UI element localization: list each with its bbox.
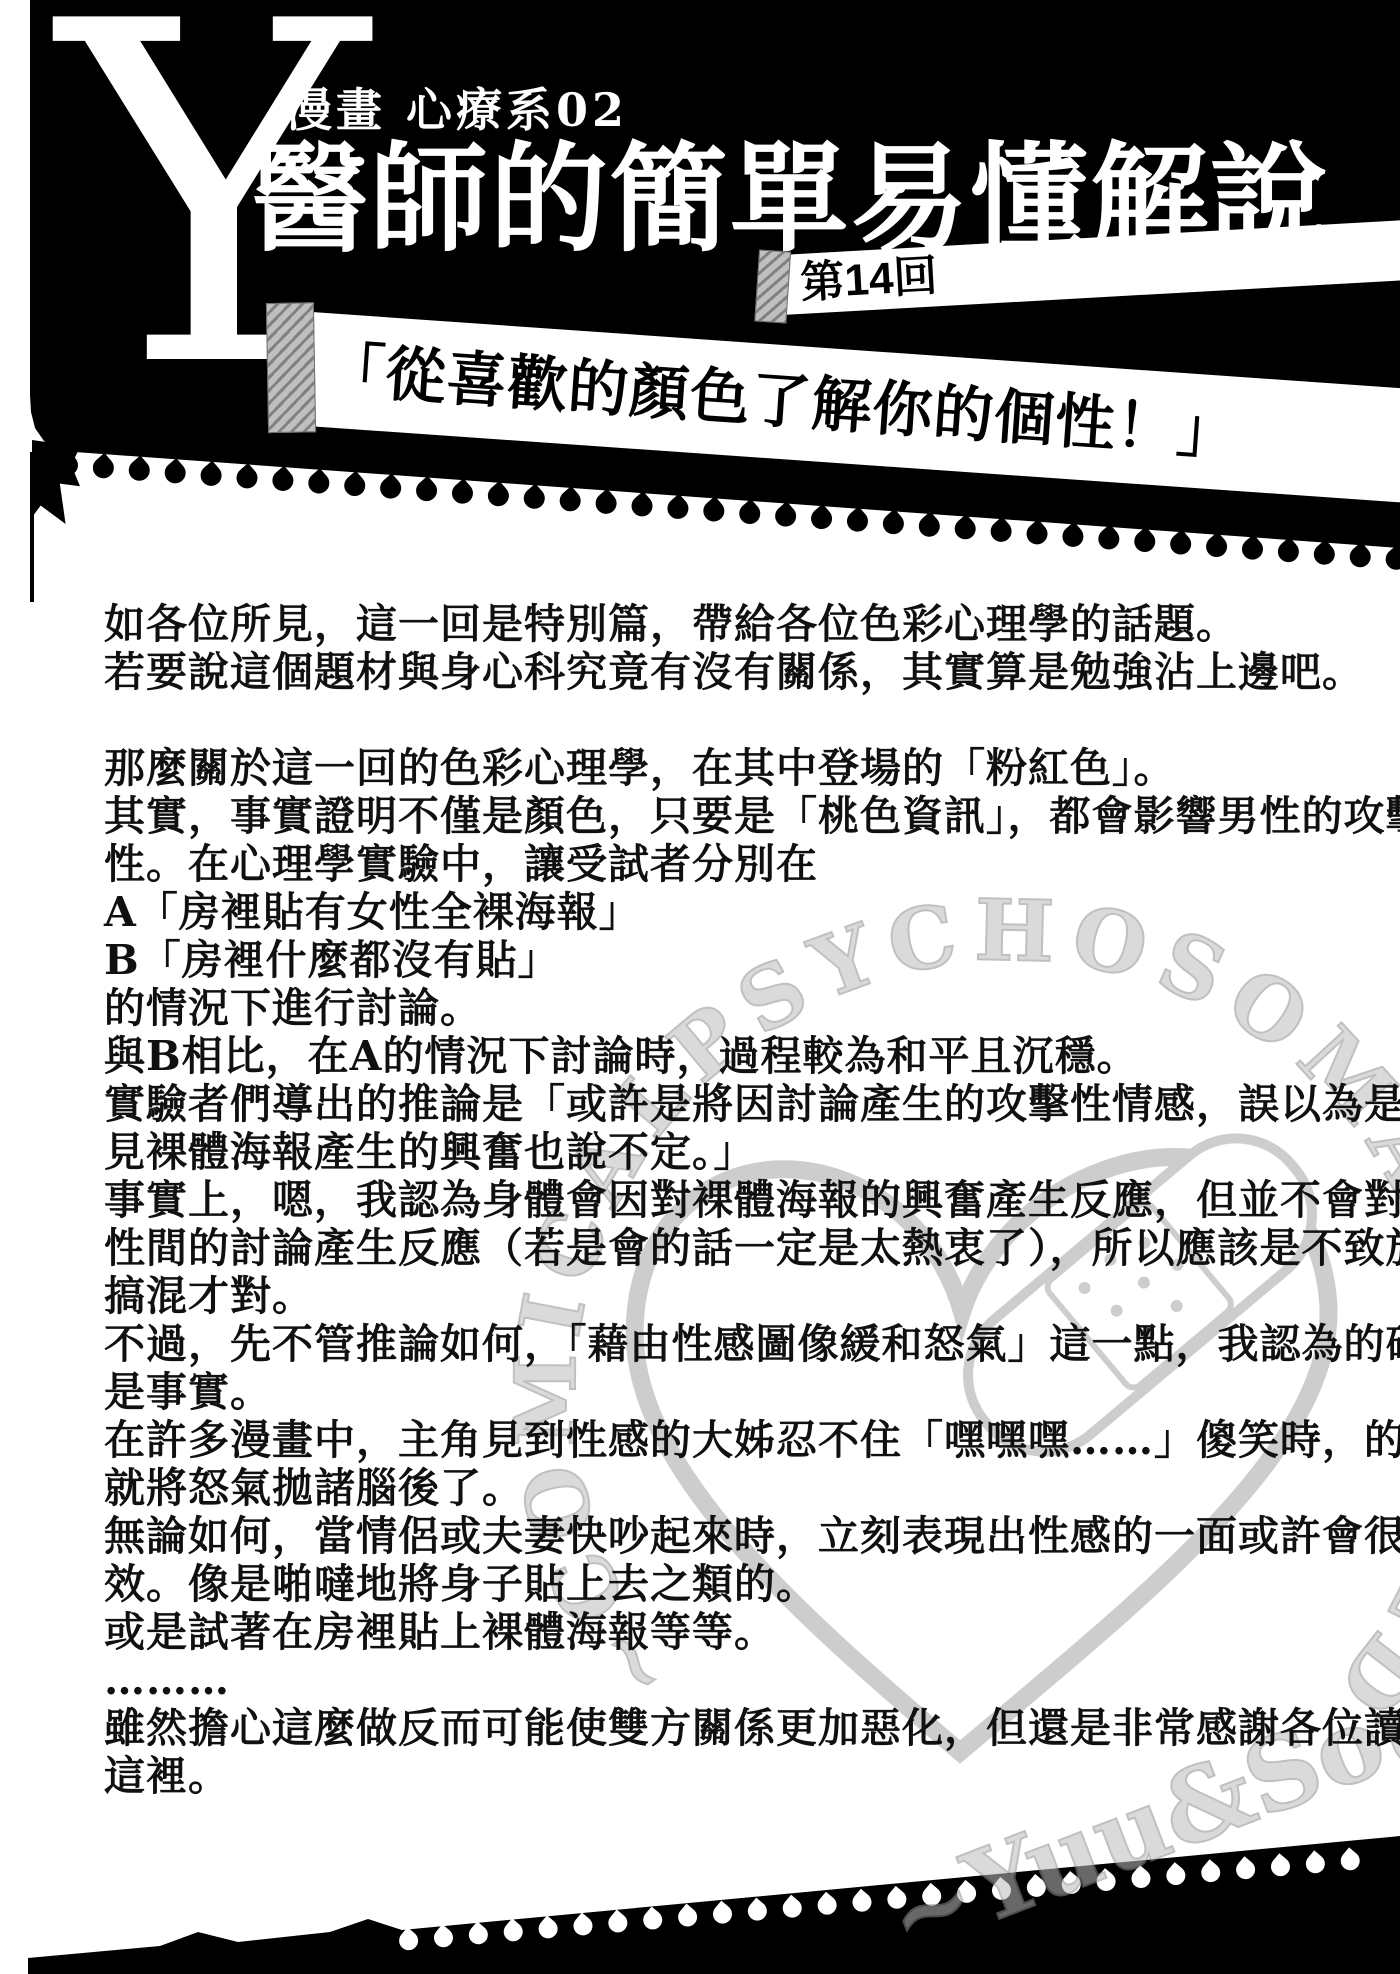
drip-icon bbox=[1166, 529, 1196, 559]
drip-icon bbox=[604, 1910, 631, 1937]
body-line: 性間的討論產生反應（若是會的話一定是太熱衷了），所以應該是不致於 bbox=[104, 1224, 1364, 1272]
body-line: 與B相比，在A的情況下討論時，過程較為和平且沉穩。 bbox=[104, 1032, 1364, 1080]
drip-icon bbox=[709, 1901, 736, 1928]
drip-icon bbox=[340, 471, 370, 501]
body-line: B「房裡什麼都沒有貼」 bbox=[104, 936, 1364, 984]
drip-icon bbox=[1232, 1856, 1259, 1883]
drip-icon bbox=[376, 473, 406, 503]
body-text: 如各位所見，這一回是特別篇，帶給各位色彩心理學的話題。若要說這個題材與身心科究竟… bbox=[104, 600, 1364, 1800]
drip-icon bbox=[484, 481, 514, 511]
body-line: 實驗者們導出的推論是「或許是將因討論產生的攻擊性情感，誤以為是看 bbox=[104, 1080, 1364, 1128]
body-line: 其實，事實證明不僅是顏色，只要是「桃色資訊」，都會影響男性的攻擊 bbox=[104, 792, 1364, 840]
drip-icon bbox=[591, 489, 621, 519]
body-line: 性。在心理學實驗中，讓受試者分別在 bbox=[104, 840, 1364, 888]
drip-icon bbox=[914, 511, 944, 541]
body-line: 雖然擔心這麼做反而可能使雙方關係更加惡化，但還是非常感謝各位讀到 bbox=[104, 1704, 1364, 1752]
tape-icon bbox=[266, 302, 316, 433]
drip-icon bbox=[519, 483, 549, 513]
body-line: 是事實。 bbox=[104, 1368, 1364, 1416]
drip-icon bbox=[843, 506, 873, 536]
drip-icon bbox=[639, 1907, 666, 1934]
body-line: 如各位所見，這一回是特別篇，帶給各位色彩心理學的話題。 bbox=[104, 600, 1364, 648]
drip-icon bbox=[1238, 534, 1268, 564]
drip-icon bbox=[1337, 1847, 1364, 1874]
drip-icon bbox=[430, 1924, 457, 1951]
drip-icon bbox=[735, 499, 765, 529]
drip-icon bbox=[304, 468, 334, 498]
drip-icon bbox=[1202, 532, 1232, 562]
drip-icon bbox=[814, 1892, 841, 1919]
drip-icon bbox=[412, 476, 442, 506]
body-line: 就將怒氣拋諸腦後了。 bbox=[104, 1464, 1364, 1512]
body-line: A「房裡貼有女性全裸海報」 bbox=[104, 888, 1364, 936]
body-line: 不過，先不管推論如何，「藉由性感圖像緩和怒氣」這一點，我認為的確 bbox=[104, 1320, 1364, 1368]
drip-icon bbox=[627, 491, 657, 521]
drip-icon bbox=[1130, 527, 1160, 557]
drip-icon bbox=[1022, 519, 1052, 549]
body-line: 無論如何，當情侶或夫妻快吵起來時，立刻表現出性感的一面或許會很有 bbox=[104, 1512, 1364, 1560]
drip-icon bbox=[744, 1898, 771, 1925]
drip-icon bbox=[1345, 542, 1375, 572]
drip-icon bbox=[1162, 1862, 1189, 1889]
drip-icon bbox=[879, 509, 909, 539]
drip-icon bbox=[988, 1877, 1015, 1904]
drip-icon bbox=[663, 494, 693, 524]
body-line bbox=[104, 696, 1364, 744]
drip-icon bbox=[1309, 539, 1339, 569]
drip-icon bbox=[465, 1921, 492, 1948]
drip-icon bbox=[268, 466, 298, 496]
drip-icon bbox=[779, 1895, 806, 1922]
drip-icon bbox=[1267, 1853, 1294, 1880]
drip-icon bbox=[448, 478, 478, 508]
drip-icon bbox=[1058, 1871, 1085, 1898]
body-line: 若要說這個題材與身心科究竟有沒有關係，其實算是勉強沾上邊吧。 bbox=[104, 648, 1364, 696]
tape-icon bbox=[754, 250, 791, 324]
drip-icon bbox=[1302, 1850, 1329, 1877]
drip-icon bbox=[1381, 544, 1400, 574]
body-line: 或是試著在房裡貼上裸體海報等等。 bbox=[104, 1608, 1364, 1656]
body-line: 的情況下進行討論。 bbox=[104, 984, 1364, 1032]
body-line: 搞混才對。 bbox=[104, 1272, 1364, 1320]
edge-line-decoration bbox=[30, 452, 34, 602]
body-line: ……… bbox=[104, 1656, 1364, 1704]
drip-icon bbox=[500, 1918, 527, 1945]
drip-icon bbox=[1058, 522, 1088, 552]
drip-icon bbox=[1093, 1868, 1120, 1895]
drip-icon bbox=[1197, 1859, 1224, 1886]
body-line: 那麼關於這一回的色彩心理學，在其中登場的「粉紅色」。 bbox=[104, 744, 1364, 792]
drip-icon bbox=[849, 1889, 876, 1916]
drip-icon bbox=[570, 1912, 597, 1939]
drip-icon bbox=[883, 1886, 910, 1913]
drip-icon bbox=[918, 1883, 945, 1910]
drip-icon bbox=[1128, 1865, 1155, 1892]
drip-icon bbox=[950, 514, 980, 544]
drip-icon bbox=[1094, 524, 1124, 554]
drip-icon bbox=[555, 486, 585, 516]
body-line: 在許多漫畫中，主角見到性感的大姊忍不住「嘿嘿嘿……」傻笑時，的確 bbox=[104, 1416, 1364, 1464]
body-line: 這裡。 bbox=[104, 1752, 1364, 1800]
drip-icon bbox=[807, 504, 837, 534]
drip-icon bbox=[986, 517, 1016, 547]
body-line: 效。像是啪噠地將身子貼上去之類的。 bbox=[104, 1560, 1364, 1608]
drip-icon bbox=[535, 1915, 562, 1942]
body-line: 見裸體海報產生的興奮也說不定。」 bbox=[104, 1128, 1364, 1176]
drip-icon bbox=[674, 1904, 701, 1931]
body-line: 事實上，嗯，我認為身體會因對裸體海報的興奮產生反應，但並不會對男 bbox=[104, 1176, 1364, 1224]
drip-icon bbox=[1274, 537, 1304, 567]
drip-icon bbox=[1023, 1874, 1050, 1901]
drip-icon bbox=[771, 501, 801, 531]
drip-icon bbox=[953, 1880, 980, 1907]
drip-icon bbox=[395, 1927, 422, 1954]
drip-icon bbox=[699, 496, 729, 526]
manga-afterword-page: Y 漫畫 心療系02 醫師的簡單易懂解說 第14回 「從喜歡的顏色了解你的個性！… bbox=[0, 0, 1400, 1974]
